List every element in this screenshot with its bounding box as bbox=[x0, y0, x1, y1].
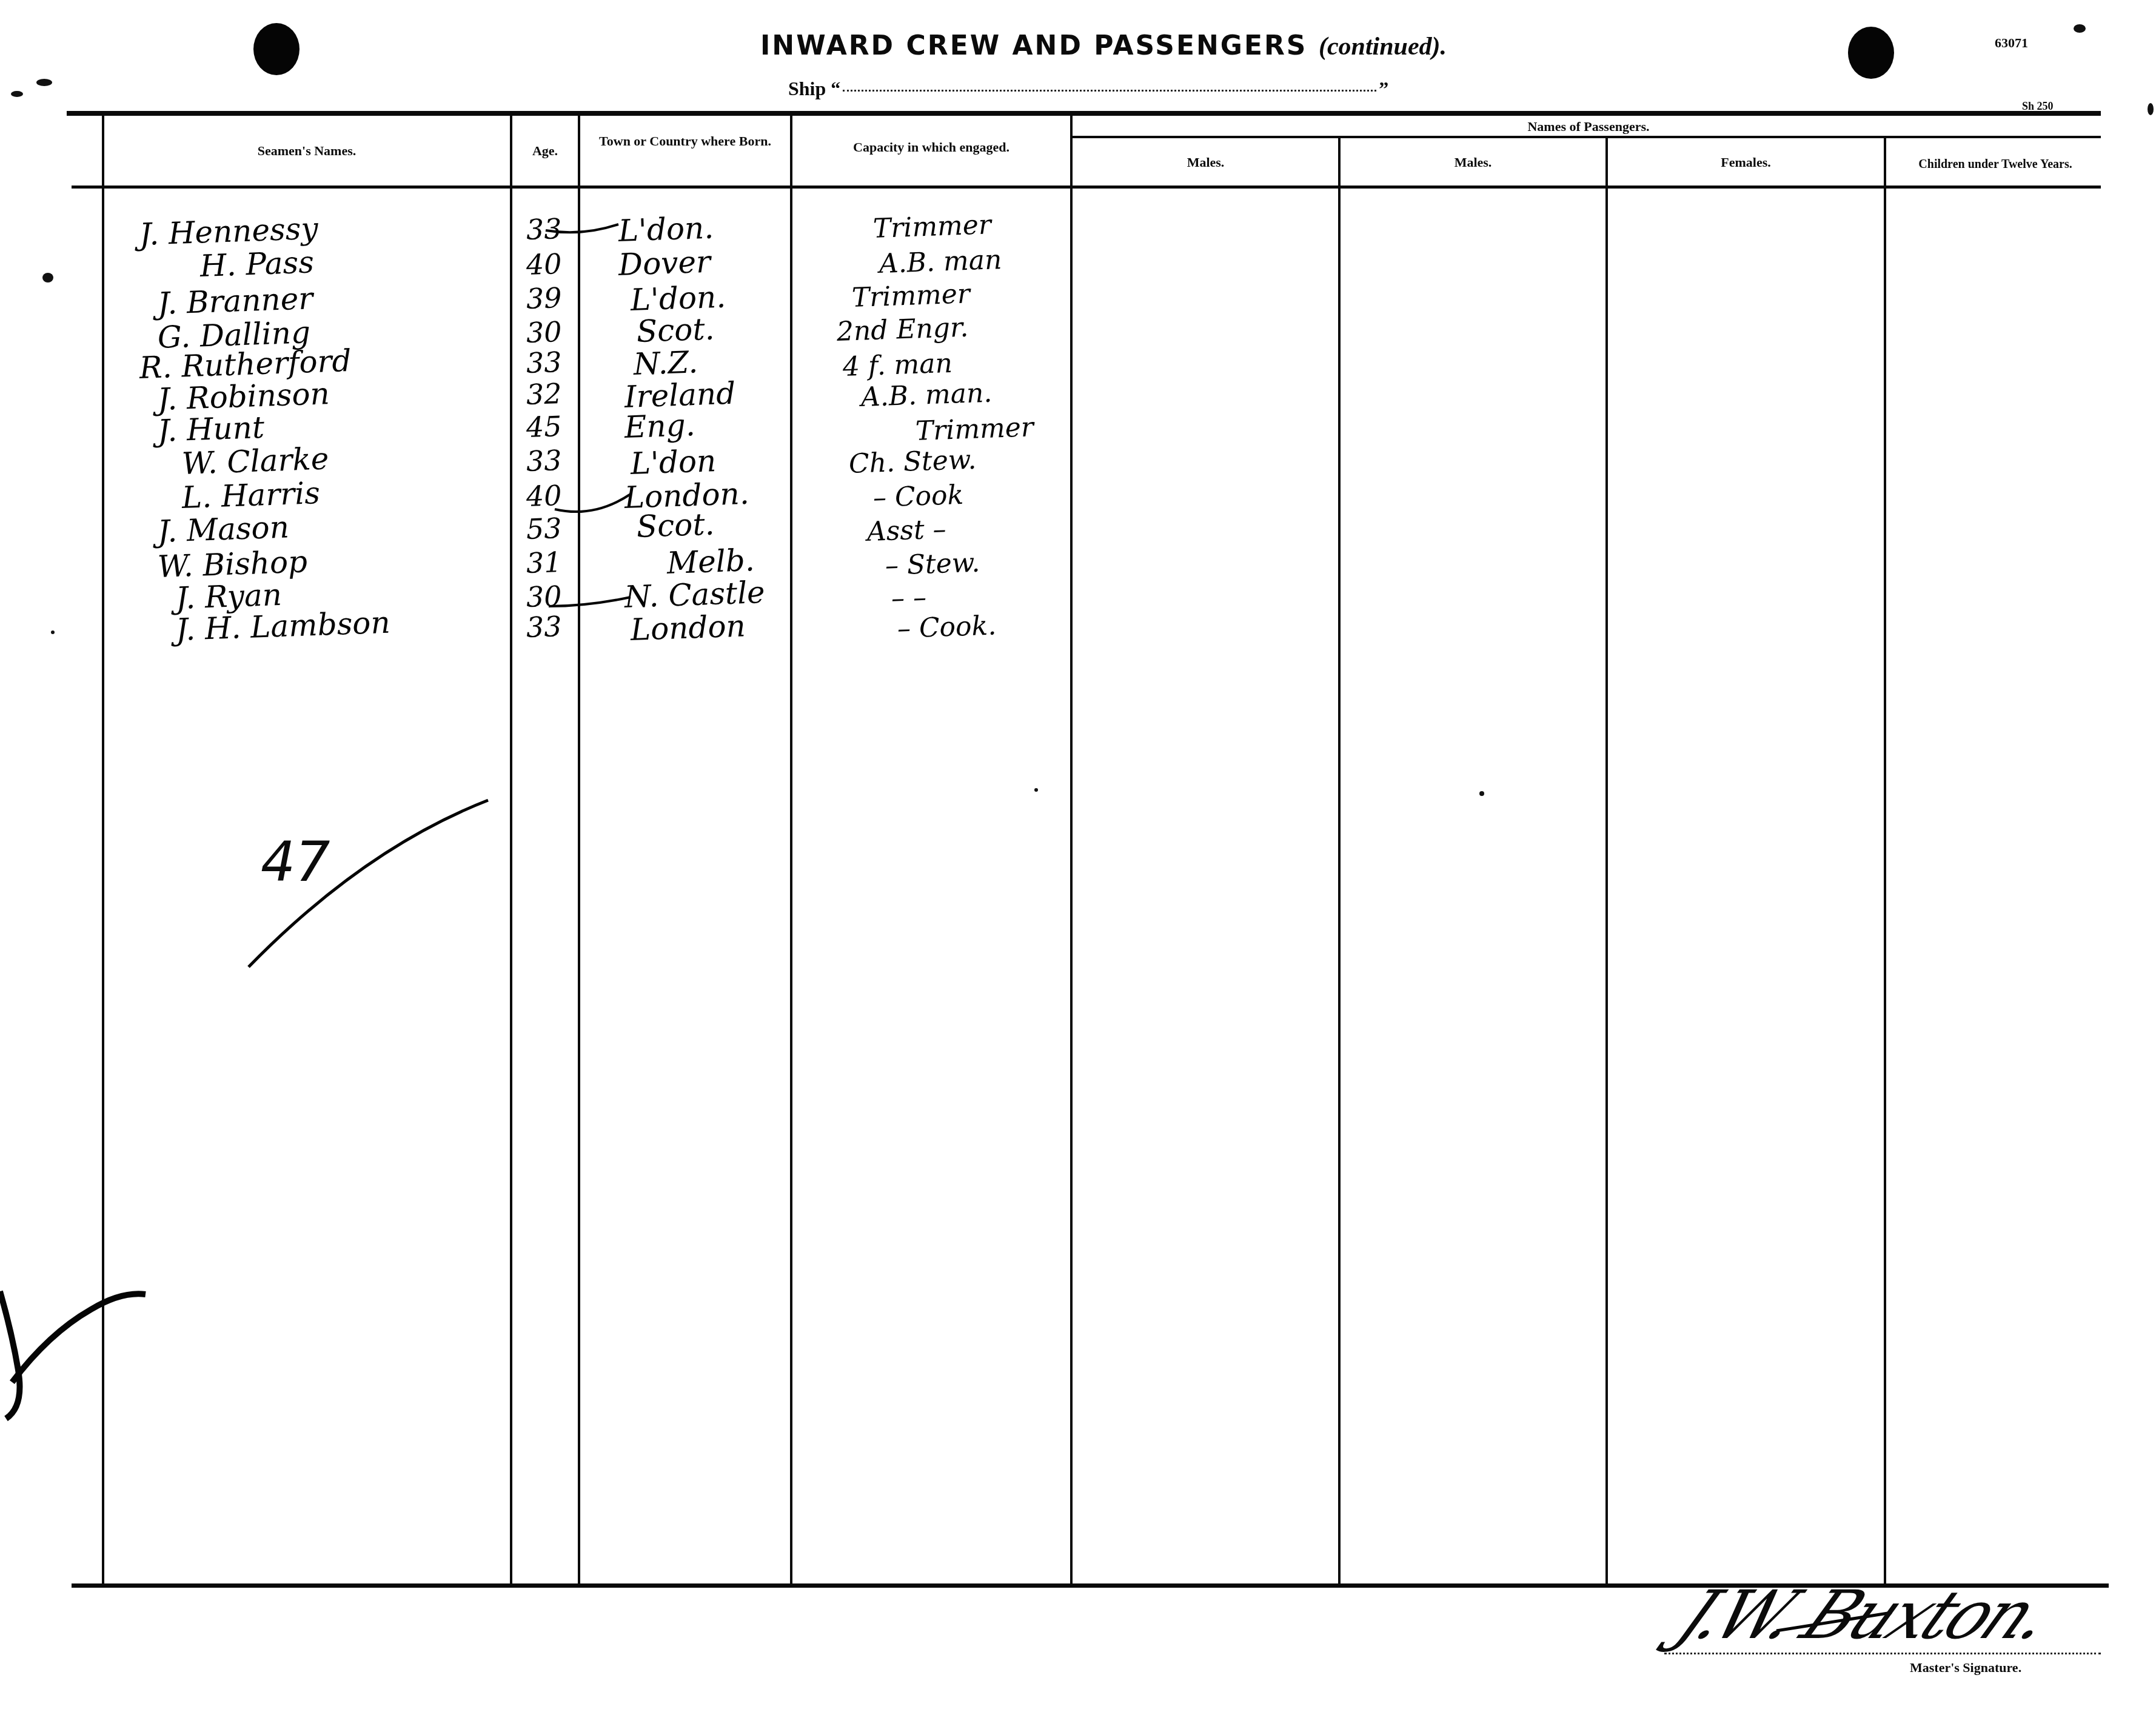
speck bbox=[1034, 788, 1038, 792]
age-born-connector-2 bbox=[555, 494, 631, 512]
speck bbox=[2148, 103, 2154, 115]
speck bbox=[1479, 791, 1484, 796]
signature-line bbox=[1664, 1653, 2101, 1654]
master-signature: J.W. Buxton. bbox=[1665, 1576, 2065, 1654]
margin-stroke bbox=[12, 1294, 146, 1382]
speck bbox=[11, 91, 23, 97]
speck bbox=[36, 79, 52, 86]
signature-label: Master's Signature. bbox=[1910, 1660, 2021, 1676]
age-born-connector-1 bbox=[546, 224, 618, 232]
margin-stroke-2 bbox=[0, 1291, 20, 1419]
speck bbox=[2074, 24, 2086, 33]
pen-strokes bbox=[0, 0, 2156, 1712]
age-born-connector-3 bbox=[549, 597, 631, 606]
speck bbox=[51, 630, 55, 634]
speck bbox=[42, 273, 53, 283]
tally-stroke bbox=[249, 800, 488, 967]
